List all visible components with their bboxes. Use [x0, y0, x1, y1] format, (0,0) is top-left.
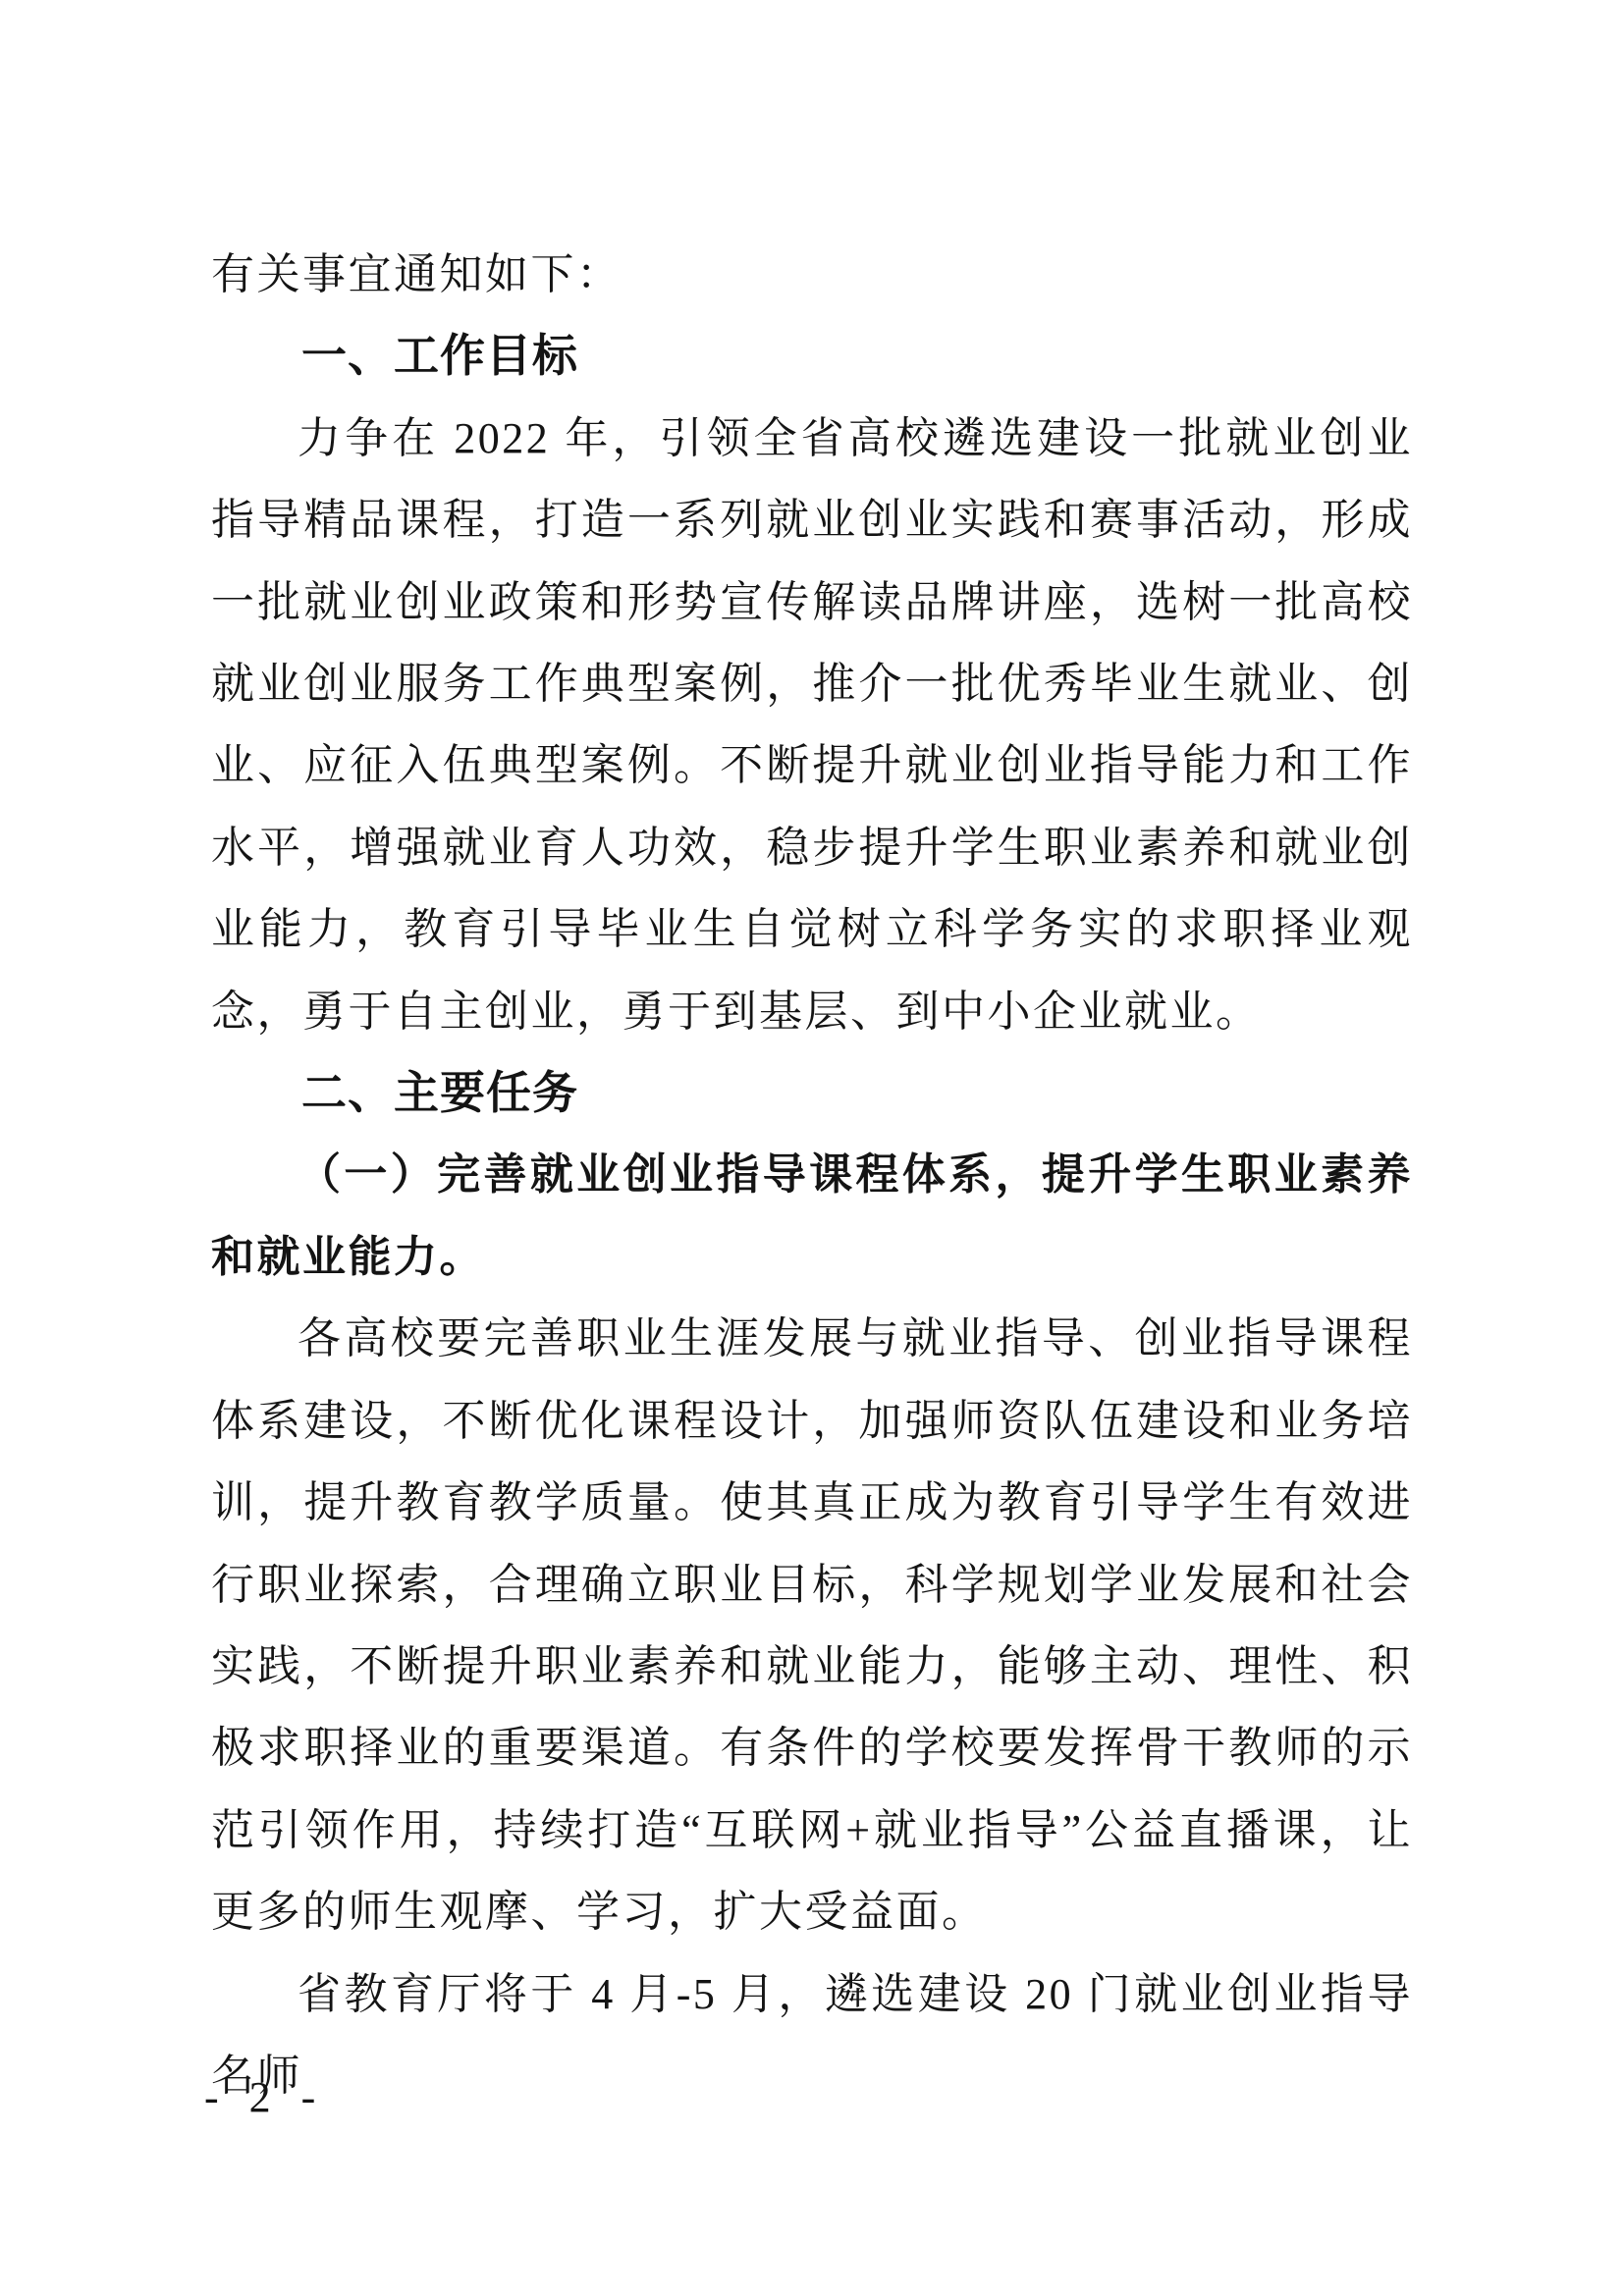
intro-continuation-paragraph: 有关事宜通知如下： — [211, 234, 1413, 315]
paragraph-provincial-selection: 省教育厅将于 4 月-5 月，遴选建设 20 门就业创业指导名师 — [211, 1953, 1413, 2117]
section-heading-work-goals: 一、工作目标 — [211, 315, 1413, 397]
paragraph-course-system: 各高校要完善职业生涯发展与就业指导、创业指导课程体系建设，不断优化课程设计，加强… — [211, 1298, 1413, 1952]
page-number: - 2 - — [204, 2073, 325, 2122]
subheading-task-one: （一）完善就业创业指导课程体系，提升学生职业素养和就业能力。 — [211, 1134, 1413, 1298]
paragraph-work-goals: 力争在 2022 年，引领全省高校遴选建设一批就业创业指导精品课程，打造一系列就… — [211, 398, 1413, 1052]
document-body: 有关事宜通知如下： 一、工作目标 力争在 2022 年，引领全省高校遴选建设一批… — [211, 234, 1413, 2116]
section-heading-main-tasks: 二、主要任务 — [211, 1052, 1413, 1134]
document-page: 有关事宜通知如下： 一、工作目标 力争在 2022 年，引领全省高校遴选建设一批… — [0, 0, 1624, 2296]
